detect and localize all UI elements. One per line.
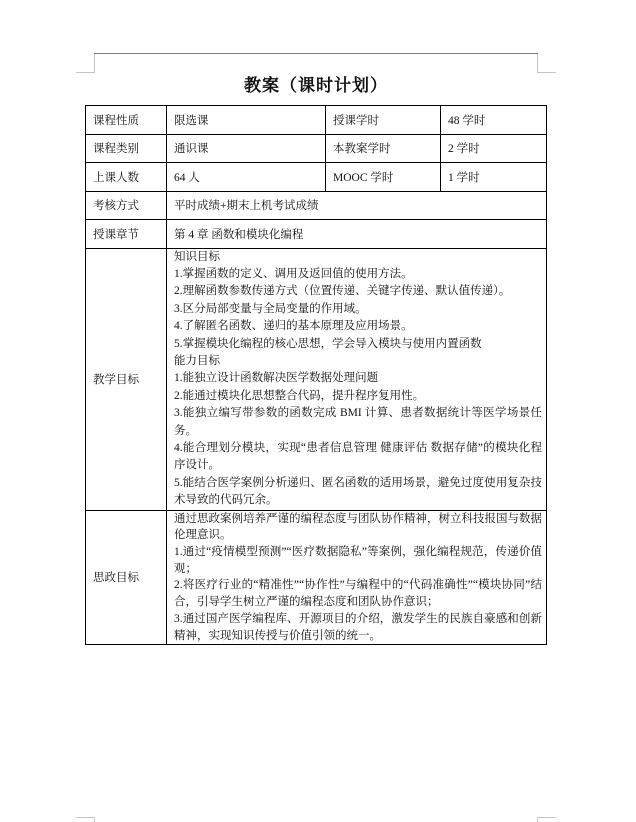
table-row: 课程性质 限选课 授课学时 48 学时 [86, 106, 547, 135]
table-row: 教学目标 知识目标 1.掌握函数的定义、调用及返回值的使用方法。 2.理解函数参… [86, 248, 547, 510]
table-row: 上课人数 64 人 MOOC 学时 1 学时 [86, 163, 547, 192]
table-row: 考核方式 平时成绩+期末上机考试成绩 [86, 191, 547, 220]
margin-mark-top-right [537, 72, 556, 73]
objective-paragraph: 5.掌握模块化编程的核心思想，学会导入模块与使用内置函数 [174, 336, 542, 353]
objective-paragraph: 3.区分局部变量与全局变量的作用域。 [174, 301, 542, 318]
objective-paragraph: 2.理解函数参数传递方式（位置传递、关键字传递、默认值传递）。 [174, 283, 542, 300]
plan-hours-value: 2 学时 [441, 134, 547, 163]
objective-paragraph: 5.能结合医学案例分析递归、匿名函数的适用场景，避免过度使用复杂技术导致的代码冗… [174, 475, 542, 510]
page-top-edge [94, 53, 538, 54]
objective-paragraph: 2.能通过模块化思想整合代码，提升程序复用性。 [174, 388, 542, 405]
objective-paragraph: 2.将医疗行业的“精准性”“协作性”与编程中的“代码准确性”“模块协同”结合，引… [174, 577, 542, 610]
objective-paragraph: 通过思政案例培养严谨的编程态度与团队协作精神，树立科技报国与数据伦理意识。 [174, 511, 542, 544]
mooc-hours-value: 1 学时 [441, 163, 547, 192]
ideological-objectives-label: 思政目标 [86, 510, 167, 645]
objective-paragraph: 4.了解匿名函数、递归的基本原理及应用场景。 [174, 318, 542, 335]
table-row: 课程类别 通识课 本教案学时 2 学时 [86, 134, 547, 163]
objective-paragraph: 知识目标 [174, 249, 542, 266]
chapter-label: 授课章节 [86, 220, 167, 249]
objective-paragraph: 1.能独立设计函数解决医学数据处理问题 [174, 370, 542, 387]
objective-paragraph: 3.能独立编写带参数的函数完成 BMI 计算、患者数据统计等医学场景任务。 [174, 405, 542, 440]
plan-hours-label: 本教案学时 [326, 134, 441, 163]
margin-mark-top-left [76, 72, 95, 73]
course-category-value: 通识课 [167, 134, 326, 163]
teaching-hours-value: 48 学时 [441, 106, 547, 135]
margin-mark-top-right [537, 54, 538, 73]
margin-mark-bottom-left [94, 817, 95, 822]
margin-mark-bottom-right [537, 817, 538, 822]
class-size-value: 64 人 [167, 163, 326, 192]
teaching-objectives-label: 教学目标 [86, 248, 167, 510]
chapter-value: 第 4 章 函数和模块化编程 [167, 220, 547, 249]
objective-paragraph: 1.掌握函数的定义、调用及返回值的使用方法。 [174, 266, 542, 283]
mooc-hours-label: MOOC 学时 [326, 163, 441, 192]
document-title: 教案（课时计划） [95, 73, 537, 99]
objective-paragraph: 3.通过国产医学编程库、开源项目的介绍，激发学生的民族自豪感和创新精神，实现知识… [174, 611, 542, 644]
margin-mark-bottom-left [76, 817, 95, 818]
lesson-plan-table: 课程性质 限选课 授课学时 48 学时 课程类别 通识课 本教案学时 2 学时 … [85, 105, 547, 645]
teaching-hours-label: 授课学时 [326, 106, 441, 135]
objective-paragraph: 4.能合理划分模块，实现“患者信息管理 健康评估 数据存储”的模块化程序设计。 [174, 440, 542, 475]
course-category-label: 课程类别 [86, 134, 167, 163]
margin-mark-top-left [94, 54, 95, 73]
course-nature-label: 课程性质 [86, 106, 167, 135]
class-size-label: 上课人数 [86, 163, 167, 192]
margin-mark-bottom-right [537, 817, 556, 818]
table-row: 授课章节 第 4 章 函数和模块化编程 [86, 220, 547, 249]
course-nature-value: 限选课 [167, 106, 326, 135]
teaching-objectives-content: 知识目标 1.掌握函数的定义、调用及返回值的使用方法。 2.理解函数参数传递方式… [167, 248, 547, 510]
objective-paragraph: 1.通过“疫情模型预测”“医疗数据隐私”等案例，强化编程规范，传递价值观； [174, 544, 542, 577]
ideological-objectives-content: 通过思政案例培养严谨的编程态度与团队协作精神，树立科技报国与数据伦理意识。 1.… [167, 510, 547, 645]
objective-paragraph: 能力目标 [174, 353, 542, 370]
table-row: 思政目标 通过思政案例培养严谨的编程态度与团队协作精神，树立科技报国与数据伦理意… [86, 510, 547, 645]
document-page: { "document": { "title": "教案（课时计划）" }, "… [0, 0, 636, 822]
assessment-label: 考核方式 [86, 191, 167, 220]
assessment-value: 平时成绩+期末上机考试成绩 [167, 191, 547, 220]
